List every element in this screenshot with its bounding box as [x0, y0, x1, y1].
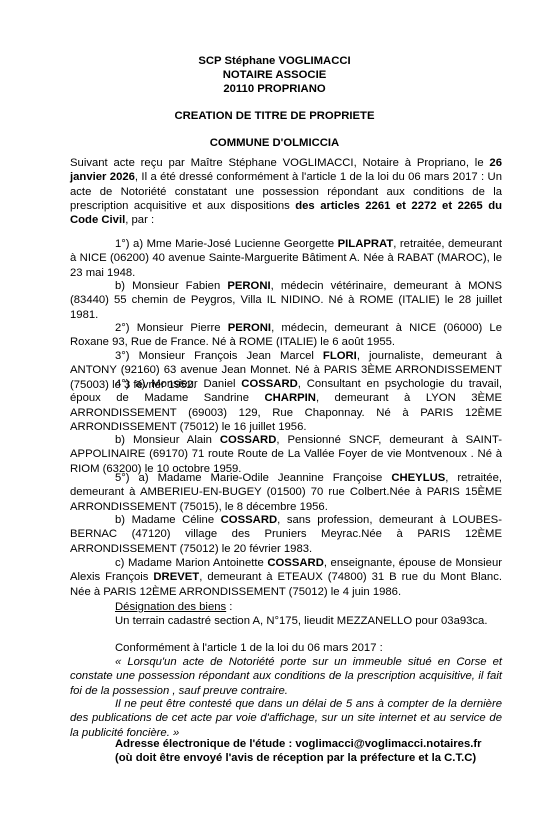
party-4b: b) Monsieur Alain COSSARD, Pensionné SNC… — [70, 433, 502, 476]
designation-label: Désignation des biens — [115, 601, 226, 613]
party-5a: 5°) a) Madame Marie-Odile Jeannine Franç… — [70, 471, 502, 514]
law-quote-2: Il ne peut être contesté que dans un dél… — [70, 697, 502, 740]
party-5c: c) Madame Marion Antoinette COSSARD, ens… — [70, 556, 502, 599]
law-quote-1: « Lorsqu'un acte de Notoriété porte sur … — [70, 655, 502, 698]
party-1b: b) Monsieur Fabien PERONI, médecin vétér… — [70, 279, 502, 322]
law-intro: Conformément à l'article 1 de la loi du … — [115, 641, 383, 655]
firm-role: NOTAIRE ASSOCIE — [0, 69, 549, 83]
party-4a: 4°) a) Monsieur Daniel COSSARD, Consulta… — [70, 377, 502, 434]
contact-block: Adresse électronique de l'étude : voglim… — [115, 738, 482, 766]
intro-paragraph: Suivant acte reçu par Maître Stéphane VO… — [70, 156, 502, 227]
commune-title: COMMUNE D'OLMICCIA — [0, 136, 549, 150]
property-designation: Désignation des biens : Un terrain cadas… — [115, 600, 487, 629]
party-2: 2°) Monsieur Pierre PERONI, médecin, dem… — [70, 321, 502, 350]
party-1a: 1°) a) Mme Marie-José Lucienne Georgette… — [70, 237, 502, 280]
contact-email: Adresse électronique de l'étude : voglim… — [115, 738, 482, 752]
notary-header: SCP Stéphane VOGLIMACCI NOTAIRE ASSOCIE … — [0, 55, 549, 96]
firm-name: SCP Stéphane VOGLIMACCI — [0, 55, 549, 69]
firm-city: 20110 PROPRIANO — [0, 83, 549, 97]
contact-note: (où doit être envoyé l'avis de réception… — [115, 752, 482, 766]
document-title: CREATION DE TITRE DE PROPRIETE — [0, 109, 549, 123]
designation-text: Un terrain cadastré section A, N°175, li… — [115, 614, 487, 628]
party-5b: b) Madame Céline COSSARD, sans professio… — [70, 513, 502, 556]
